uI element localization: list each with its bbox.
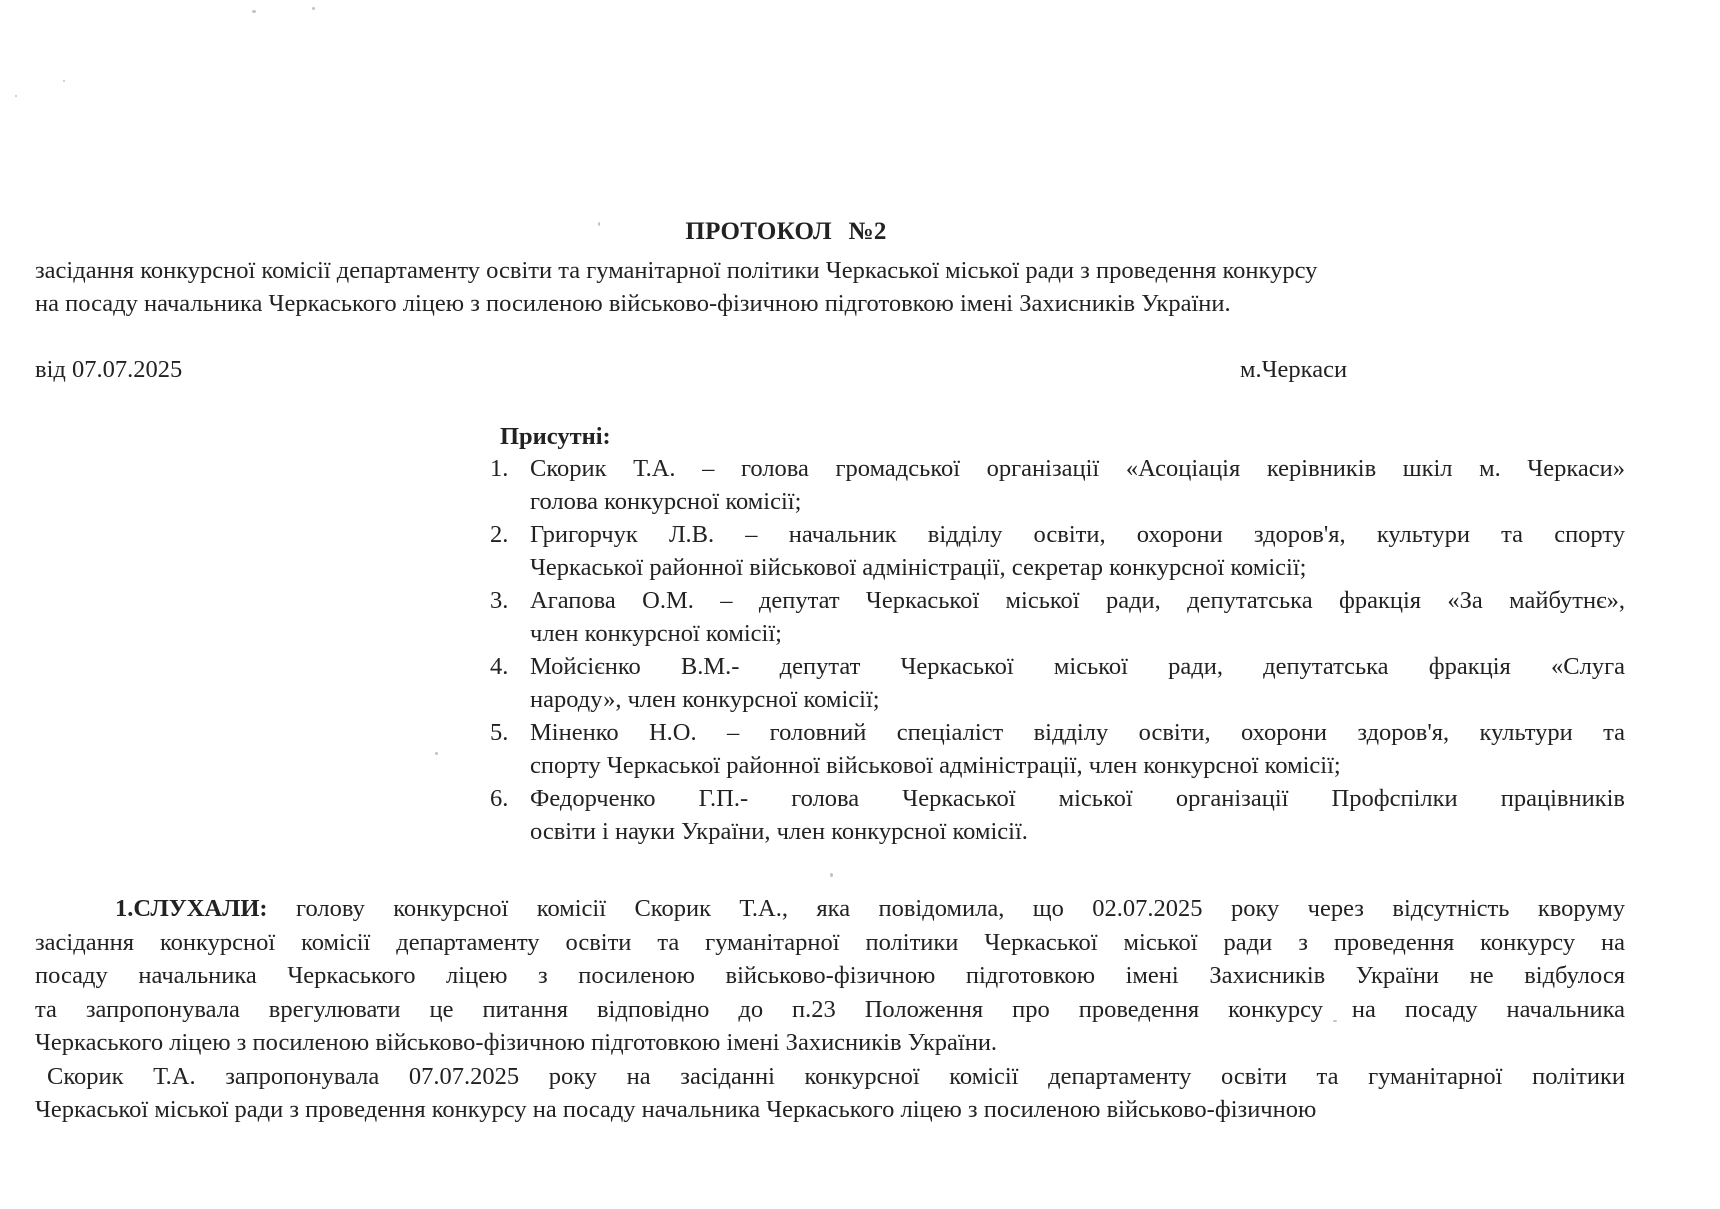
subtitle-line: засідання конкурсної комісії департамент… (35, 254, 1675, 287)
protocol-number: №2 (848, 218, 886, 245)
heard-line: 1.СЛУХАЛИ: голову конкурсної комісії Ско… (35, 892, 1625, 926)
heard-label: 1.СЛУХАЛИ: (115, 895, 268, 922)
heard-line: посаду начальника Черкаського ліцею з по… (35, 959, 1625, 993)
attendee-line: голова конкурсної комісії; (530, 485, 1625, 518)
heard-line: Черкаського ліцею з посиленою військово-… (35, 1026, 1625, 1060)
present-heading: Присутні: (500, 423, 611, 451)
scan-speck (312, 7, 315, 10)
document-city: м.Черкаси (1240, 356, 1347, 384)
heard-line: засідання конкурсної комісії департамент… (35, 926, 1625, 960)
attendee-index: 5. (490, 716, 508, 749)
attendee-line: Федорченко Г.П.- голова Черкаської міськ… (530, 782, 1625, 815)
proposal-line: Скорик Т.А. запропонувала 07.07.2025 рок… (35, 1060, 1625, 1094)
attendee-index: 6. (490, 782, 508, 815)
attendee-line: Мойсієнко В.М.- депутат Черкаської міськ… (530, 650, 1625, 683)
heard-section: 1.СЛУХАЛИ: голову конкурсної комісії Ско… (35, 892, 1625, 1127)
attendee-line: Агапова О.М. – депутат Черкаської місько… (530, 584, 1625, 617)
attendee-line: Міненко Н.О. – головний спеціаліст відді… (530, 716, 1625, 749)
attendee-line: освіти і науки України, член конкурсної … (530, 815, 1625, 848)
attendee-line: народу», член конкурсної комісії; (530, 683, 1625, 716)
scan-speck (252, 10, 256, 13)
scan-speck (63, 80, 65, 82)
attendee-item: 3. Агапова О.М. – депутат Черкаської міс… (490, 584, 1625, 650)
attendee-item: 4. Мойсієнко В.М.- депутат Черкаської мі… (490, 650, 1625, 716)
attendee-index: 2. (490, 518, 508, 551)
document-title: ПРОТОКОЛ №2 (0, 218, 1572, 246)
document-date: від 07.07.2025 (35, 356, 182, 384)
attendee-item: 6. Федорченко Г.П.- голова Черкаської мі… (490, 782, 1625, 848)
scan-speck (830, 873, 833, 877)
attendee-line: Черкаської районної військової адміністр… (530, 551, 1625, 584)
heard-text: голову конкурсної комісії Скорик Т.А., я… (296, 895, 1625, 922)
heard-line: та запропонувала врегулювати це питання … (35, 993, 1625, 1027)
attendee-item: 1. Скорик Т.А. – голова громадської орга… (490, 452, 1625, 518)
proposal-line: Черкаської міської ради з проведення кон… (35, 1093, 1625, 1127)
subtitle-line: на посаду начальника Черкаського ліцею з… (35, 287, 1675, 320)
attendee-line: спорту Черкаської районної військової ад… (530, 749, 1625, 782)
attendee-index: 3. (490, 584, 508, 617)
attendee-item: 2. Григорчук Л.В. – начальник відділу ос… (490, 518, 1625, 584)
attendee-line: Григорчук Л.В. – начальник відділу освіт… (530, 518, 1625, 551)
attendees-list: 1. Скорик Т.А. – голова громадської орга… (490, 452, 1625, 848)
scan-speck (435, 752, 438, 755)
document-page: ПРОТОКОЛ №2 засідання конкурсної комісії… (0, 0, 1720, 1209)
scan-speck (15, 95, 17, 97)
attendee-index: 4. (490, 650, 508, 683)
attendee-index: 1. (490, 452, 508, 485)
document-subtitle: засідання конкурсної комісії департамент… (35, 254, 1675, 320)
attendee-item: 5. Міненко Н.О. – головний спеціаліст ві… (490, 716, 1625, 782)
title-text: ПРОТОКОЛ (685, 218, 832, 245)
attendee-line: Скорик Т.А. – голова громадської організ… (530, 452, 1625, 485)
attendee-line: член конкурсної комісії; (530, 617, 1625, 650)
